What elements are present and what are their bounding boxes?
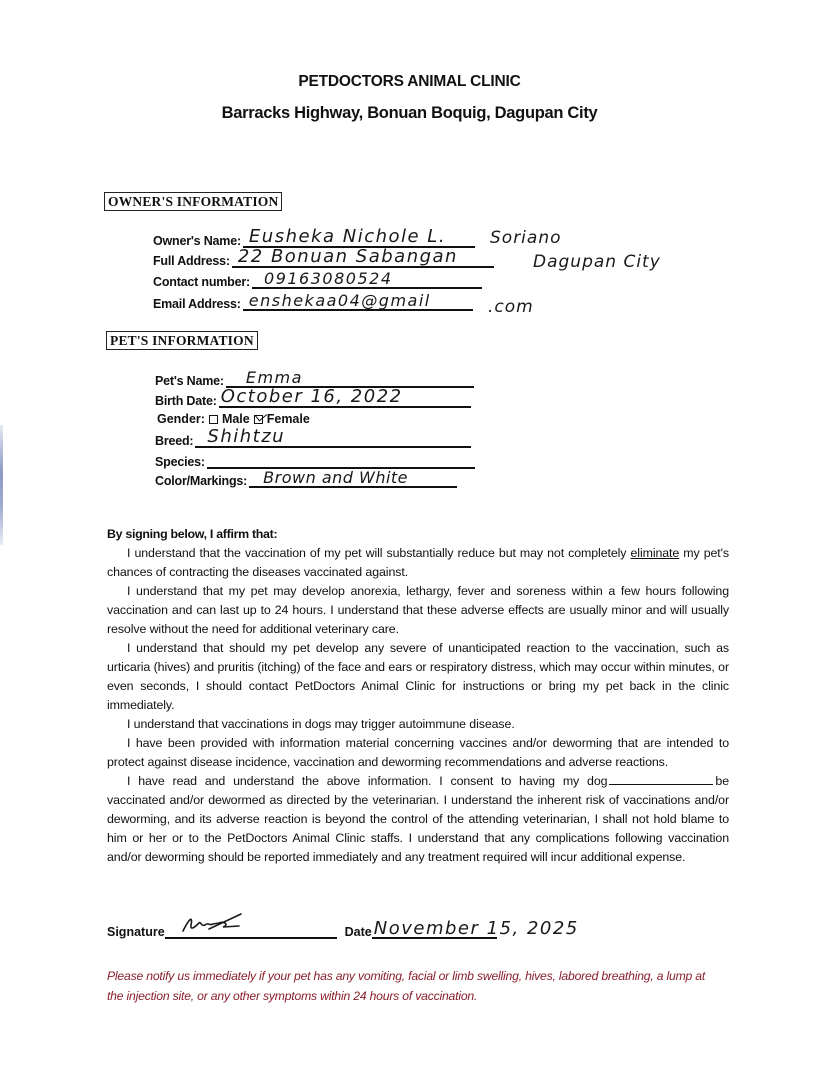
pet-color-label: Color/Markings: xyxy=(155,474,247,488)
owner-email-overflow: .com xyxy=(488,297,534,317)
pet-color-line: Brown and White xyxy=(249,472,457,488)
clinic-address: Barracks Highway, Bonuan Boquig, Dagupan… xyxy=(0,104,819,123)
owner-address-label: Full Address: xyxy=(153,254,230,268)
consent-intro: By signing below, I affirm that: xyxy=(107,525,729,544)
consent-text: By signing below, I affirm that: I under… xyxy=(107,525,729,867)
consent-paragraph-4: I understand that vaccinations in dogs m… xyxy=(107,715,729,734)
consent-paragraph-5: I have been provided with information ma… xyxy=(107,734,729,772)
scan-edge-mark xyxy=(0,425,3,545)
owner-name-overflow: Soriano xyxy=(490,228,562,248)
pet-name-label: Pet's Name: xyxy=(155,374,224,388)
owner-address-line: 22 Bonuan Sabangan xyxy=(232,252,494,268)
signature-scribble-icon xyxy=(179,911,249,937)
consent-paragraph-2: I understand that my pet may develop ano… xyxy=(107,582,729,639)
pet-color-field[interactable]: Color/Markings: Brown and White xyxy=(155,472,457,488)
signature-field[interactable] xyxy=(165,917,337,939)
owner-email-line: enshekaa04@gmail xyxy=(243,295,473,311)
owner-email-value: enshekaa04@gmail xyxy=(249,291,431,310)
gender-female-checkbox[interactable] xyxy=(254,415,263,424)
consent-paragraph-1: I understand that the vaccination of my … xyxy=(107,544,729,582)
pet-species-field[interactable]: Species: xyxy=(155,453,475,469)
consent-paragraph-3: I understand that should my pet develop … xyxy=(107,639,729,715)
owner-email-field[interactable]: Email Address: enshekaa04@gmail xyxy=(153,295,473,311)
consent-p1-underlined: eliminate xyxy=(631,546,680,560)
pet-birth-date-line: October 16, 2022 xyxy=(219,392,471,408)
pet-birth-date-field[interactable]: Birth Date: October 16, 2022 xyxy=(155,392,471,408)
pet-breed-line: Shihtzu xyxy=(195,432,471,448)
date-field[interactable]: November 15, 2025 xyxy=(372,917,497,939)
pet-birth-date-label: Birth Date: xyxy=(155,394,217,408)
owner-contact-value: 09163080524 xyxy=(264,269,392,288)
pet-species-line xyxy=(207,453,475,469)
owner-contact-field[interactable]: Contact number: 09163080524 xyxy=(153,273,482,289)
pet-gender-label: Gender: xyxy=(157,412,205,426)
gender-male-checkbox[interactable] xyxy=(209,415,218,424)
gender-female-label: Female xyxy=(267,412,310,426)
pet-breed-field[interactable]: Breed: Shihtzu xyxy=(155,432,471,448)
pet-gender-field: Gender: Male Female xyxy=(157,412,310,426)
pet-breed-value: Shihtzu xyxy=(207,426,285,447)
owner-contact-label: Contact number: xyxy=(153,275,250,289)
date-label: Date xyxy=(345,925,372,939)
owner-contact-line: 09163080524 xyxy=(252,273,482,289)
clinic-name: PETDOCTORS ANIMAL CLINIC xyxy=(0,73,819,91)
pet-species-label: Species: xyxy=(155,455,205,469)
owner-name-label: Owner's Name: xyxy=(153,234,241,248)
owner-email-label: Email Address: xyxy=(153,297,241,311)
pet-section-title: PET'S INFORMATION xyxy=(106,331,258,350)
post-vaccination-notice: Please notify us immediately if your pet… xyxy=(107,966,707,1006)
consent-paragraph-6: I have read and understand the above inf… xyxy=(107,772,729,867)
dog-name-blank[interactable] xyxy=(609,774,713,785)
date-value: November 15, 2025 xyxy=(374,918,579,939)
gender-male-label: Male xyxy=(222,412,250,426)
owner-name-value: Eusheka Nichole L. xyxy=(249,226,446,247)
consent-p1-text: I understand that the vaccination of my … xyxy=(127,546,631,560)
signature-row: Signature Date November 15, 2025 xyxy=(107,917,497,939)
owner-address-value: 22 Bonuan Sabangan xyxy=(238,246,458,267)
pet-birth-date-value: October 16, 2022 xyxy=(221,386,403,407)
pet-color-value: Brown and White xyxy=(263,468,408,487)
owner-section-title: OWNER'S INFORMATION xyxy=(104,192,282,211)
pet-name-value: Emma xyxy=(246,368,303,387)
signature-label: Signature xyxy=(107,925,165,939)
pet-breed-label: Breed: xyxy=(155,434,193,448)
owner-address-field[interactable]: Full Address: 22 Bonuan Sabangan xyxy=(153,252,494,268)
owner-address-overflow: Dagupan City xyxy=(533,252,661,272)
consent-p6-text: I have read and understand the above inf… xyxy=(127,774,607,788)
